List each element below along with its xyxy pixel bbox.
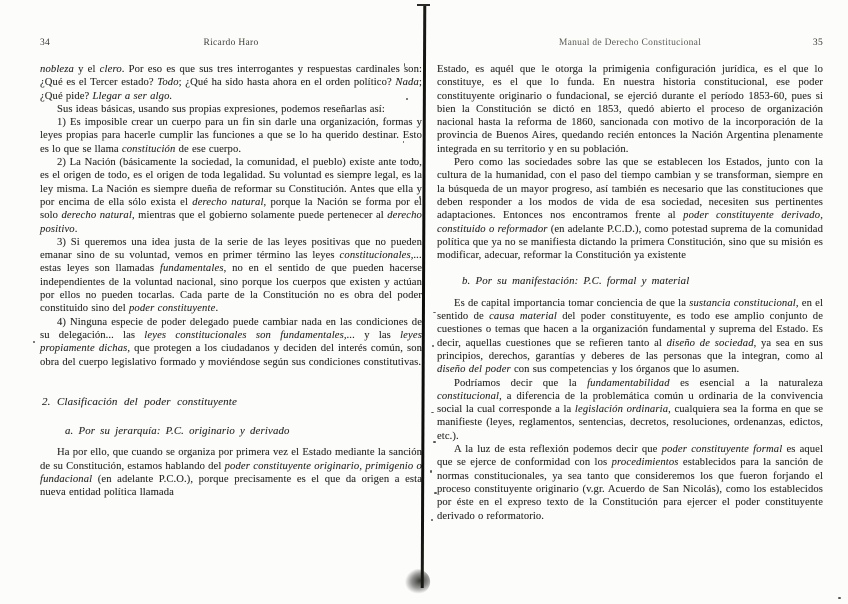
paragraph: Ha por ello, que cuando se organiza por … <box>40 446 422 499</box>
paragraph: 3) Si queremos una idea justa de la seri… <box>40 236 422 316</box>
right-running-header-title: Manual de Derecho Constitucional <box>479 38 781 48</box>
paragraph: Podríamos decir que la fundamentabilidad… <box>437 377 823 443</box>
ink-smudge <box>402 566 434 598</box>
paragraph: Pero como las sociedades sobre las que s… <box>437 156 823 262</box>
paragraph: Estado, es aquél que le otorga la primig… <box>437 63 823 156</box>
paragraph: 4) Ninguna especie de poder delegado pue… <box>40 316 422 369</box>
scan-speck <box>431 519 433 521</box>
scan-speck <box>33 341 35 343</box>
left-page-number: 34 <box>40 38 82 48</box>
left-running-header-title: Ricardo Haro <box>82 38 380 48</box>
scan-speck <box>838 597 841 599</box>
paragraph: Sus ideas básicas, usando sus propias ex… <box>40 103 422 116</box>
scan-speck <box>403 141 404 143</box>
subsection-heading: a. Por su jerarquía: P.C. originario y d… <box>65 425 422 438</box>
paragraph: A la luz de esta reflexión podemos decir… <box>437 443 823 523</box>
paragraph: Es de capital importancia tomar concienc… <box>437 297 823 377</box>
right-running-head: Manual de Derecho Constitucional 35 <box>437 38 823 48</box>
scan-speck <box>433 441 436 443</box>
paragraph: nobleza y el clero. Por eso es que sus t… <box>40 63 422 103</box>
scan-speck <box>406 98 408 100</box>
left-running-head: 34 Ricardo Haro <box>40 38 422 48</box>
right-page: Manual de Derecho Constitucional 35 Esta… <box>437 38 823 523</box>
section-heading: 2. Clasificación del poder constituyente <box>42 396 422 409</box>
scan-speck <box>431 412 434 413</box>
left-page-body: nobleza y el clero. Por eso es que sus t… <box>40 63 422 500</box>
scan-speck <box>404 63 405 67</box>
scan-speck <box>433 312 436 313</box>
right-page-number: 35 <box>781 38 823 48</box>
scan-speck <box>430 470 432 473</box>
right-page-body: Estado, es aquél que le otorga la primig… <box>437 63 823 523</box>
paragraph: 2) La Nación (básicamente la sociedad, l… <box>40 156 422 236</box>
scan-speck <box>434 492 437 494</box>
left-page: 34 Ricardo Haro nobleza y el clero. Por … <box>40 38 422 500</box>
paragraph: 1) Es imposible crear un cuerpo para un … <box>40 116 422 156</box>
scan-speck <box>419 196 421 198</box>
scan-speck <box>412 160 415 161</box>
subsection-heading: b. Por su manifestación: P.C. formal y m… <box>462 275 823 288</box>
book-scan-spread: 34 Ricardo Haro nobleza y el clero. Por … <box>0 0 848 604</box>
scan-speck <box>432 345 434 347</box>
